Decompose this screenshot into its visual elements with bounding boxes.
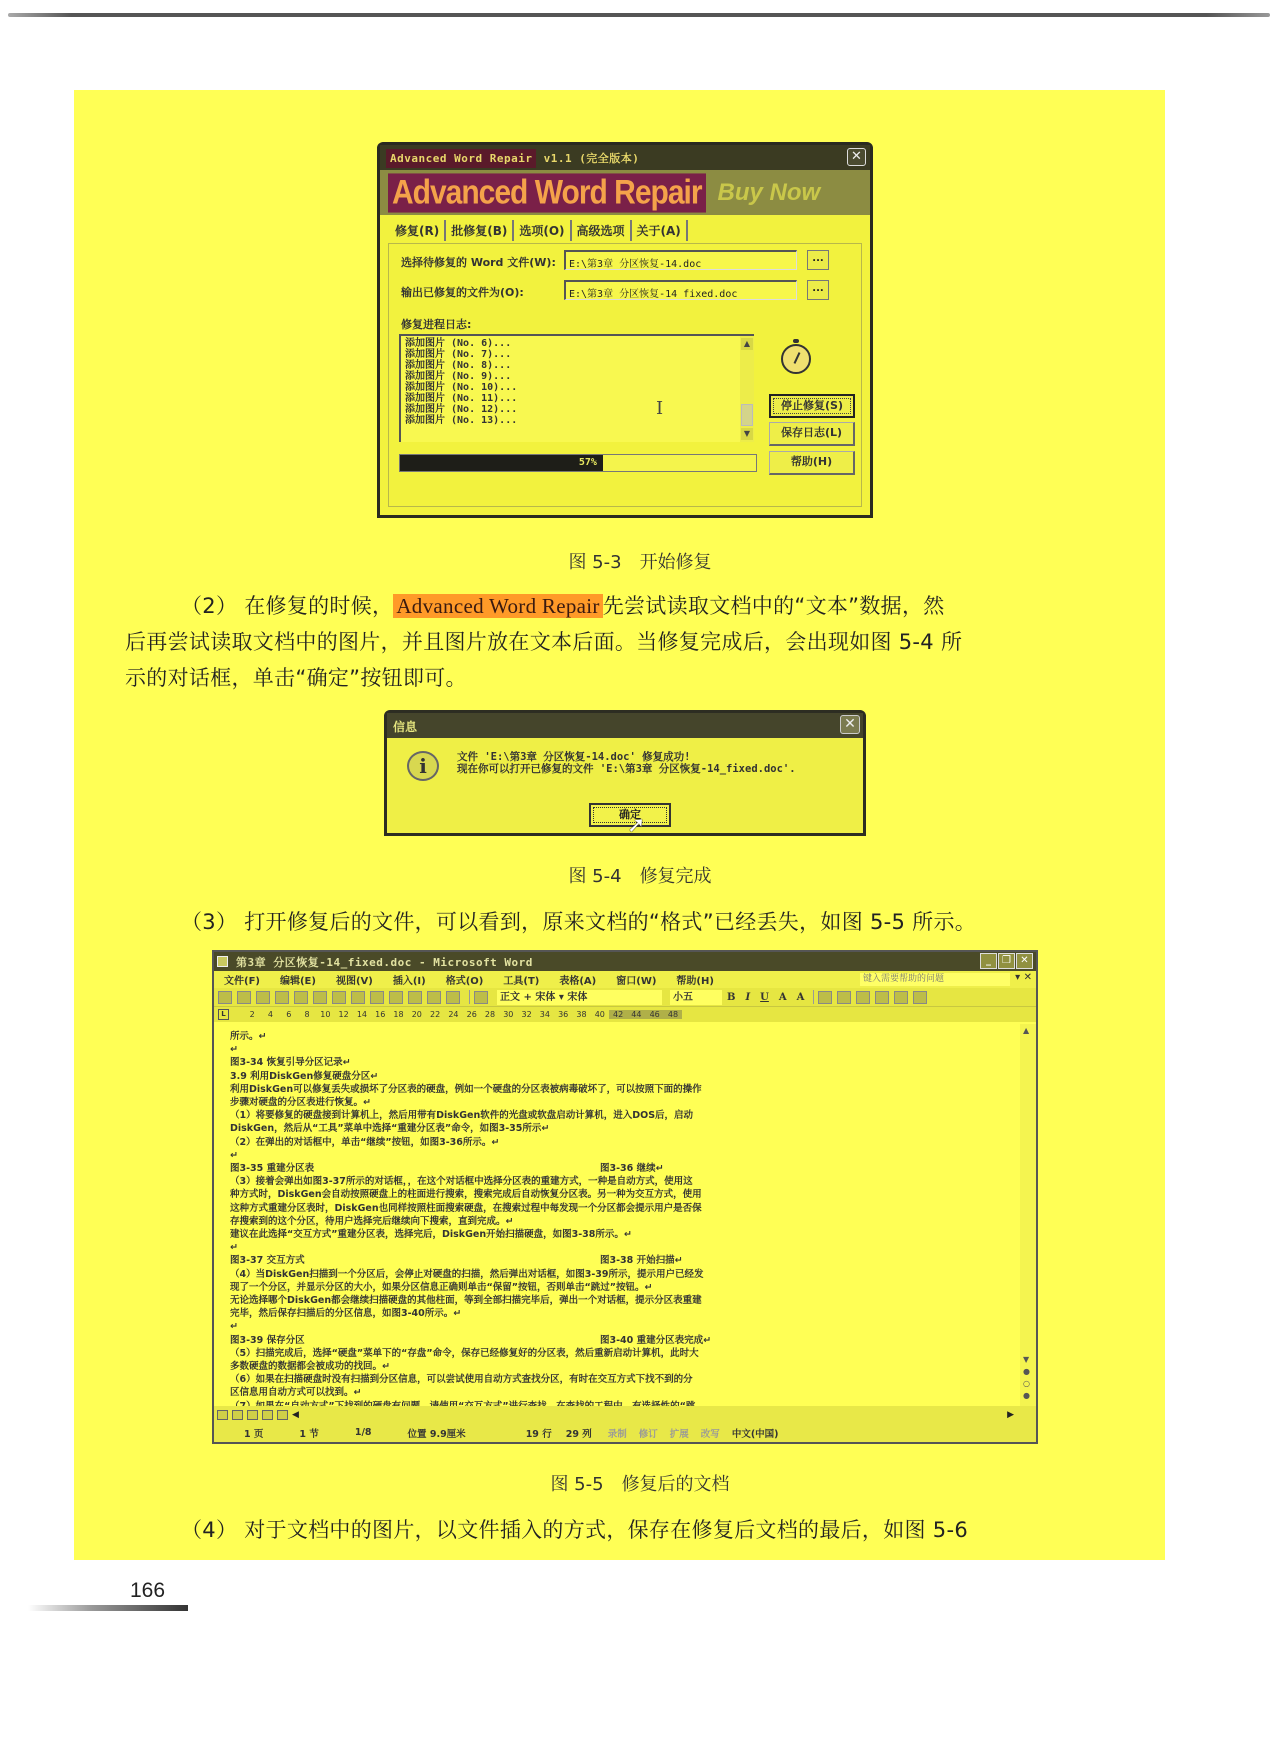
ruler-tick-label: 6: [280, 1010, 298, 1019]
status-page: 1 页: [244, 1426, 263, 1440]
tab-options[interactable]: 选项(O): [514, 220, 571, 241]
char-border-button[interactable]: A: [774, 992, 792, 1003]
ruler-tick-label: 26: [463, 1010, 481, 1019]
toolbar: 正文 + 宋体 ▾ 宋体 小五 B I U A A: [214, 988, 1036, 1007]
status-bar: 1 页 1 节 1/8 位置 9.9厘米 19 行 29 列 录制 修订 扩展 …: [214, 1423, 1036, 1442]
highlight-icon[interactable]: [894, 991, 908, 1004]
document-line: （1）将要修复的硬盘接到计算机上，然后用带有DiskGen软件的光盘或软盘启动计…: [230, 1109, 1020, 1122]
figure-caption-5-5: 图 5-5修复后的文档: [0, 1470, 1280, 1496]
char-shading-button[interactable]: A: [792, 992, 810, 1003]
page-number: 166: [130, 1579, 165, 1603]
log-label: 修复进程日志:: [401, 316, 471, 332]
ruler-tick-label: 12: [334, 1010, 352, 1019]
tab-bar: 修复(R) 批修复(B) 选项(O) 高级选项 关于(A): [380, 215, 870, 241]
styles-icon[interactable]: [474, 991, 488, 1004]
ruler-tick-label: 38: [572, 1010, 590, 1019]
next-page-icon[interactable]: ●: [1023, 1391, 1030, 1400]
scroll-up-icon[interactable]: ▲: [1023, 1026, 1029, 1035]
menu-item[interactable]: 工具(T): [493, 972, 549, 987]
document-line: （2）在弹出的对话框中，单击“继续”按钮，如图3-36所示。↵: [230, 1136, 1020, 1149]
banner: Advanced Word Repair Buy Now: [380, 170, 870, 215]
info-icon: i: [407, 751, 439, 781]
repair-progress-bar: 57%: [399, 454, 757, 472]
ruler-tick-label: 36: [554, 1010, 572, 1019]
document-line: 图3-34 恢复引导分区记录↵: [230, 1056, 1020, 1069]
paragraph-2: （2） 在修复的时候，Advanced Word Repair先尝试读取文档中的…: [125, 588, 1125, 696]
scroll-thumb[interactable]: [741, 404, 753, 426]
document-line: （3）接着会弹出如图3-37所示的对话框，，在这个对话框中选择分区表的重建方式，…: [230, 1175, 1020, 1188]
status-extend[interactable]: 扩展: [670, 1426, 689, 1440]
window-title: 第3章 分区恢复-14_fixed.doc - Microsoft Word: [232, 954, 533, 970]
font-color-icon[interactable]: [913, 991, 927, 1004]
document-line: 利用DiskGen可以修复丢失或损坏了分区表的硬盘，例如一个硬盘的分区表被病毒破…: [230, 1083, 1020, 1096]
close-button[interactable]: ✕: [1016, 953, 1033, 969]
ruler-tick-label: 20: [408, 1010, 426, 1019]
menu-item[interactable]: 视图(V): [326, 972, 383, 987]
scroll-down-icon[interactable]: ▼: [741, 428, 753, 440]
document-line: ↵: [230, 1241, 1020, 1254]
document-line: 种方式时，DiskGen会自动按照硬盘上的柱面进行搜索，搜索完成后自动恢复分区表…: [230, 1188, 1020, 1201]
ruler-tick-label: 10: [316, 1010, 334, 1019]
document-line: 建议在此选择“交互方式”重建分区表，选择完后，DiskGen开始扫描硬盘，如图3…: [230, 1228, 1020, 1241]
advanced-word-repair-window: Advanced Word Repair v1.1 (完全版本) ✕ Advan…: [377, 142, 873, 518]
source-file-input[interactable]: E:\第3章 分区恢复-14.doc: [564, 250, 797, 270]
document-body[interactable]: 所示。↵↵图3-34 恢复引导分区记录↵3.9 利用DiskGen修复硬盘分区↵…: [214, 1024, 1020, 1406]
scroll-up-icon[interactable]: ▲: [741, 338, 753, 350]
title-bar: Advanced Word Repair v1.1 (完全版本) ✕: [380, 145, 870, 170]
document-line: 这种方式重建分区表时，DiskGen也同样按照柱面搜索硬盘，在搜索过程中每发现一…: [230, 1202, 1020, 1215]
info-message: 文件 'E:\第3章 分区恢复-14.doc' 修复成功! 现在你可以打开已修复…: [457, 751, 796, 775]
scroll-right-icon[interactable]: ▶: [1007, 1410, 1014, 1420]
header-rule: [8, 13, 1270, 17]
word-window: 第3章 分区恢复-14_fixed.doc - Microsoft Word _…: [212, 950, 1038, 1444]
document-line: DiskGen，然后从“工具”菜单中选择“重建分区表”命令，如图3-35所示↵: [230, 1122, 1020, 1135]
ruler-tick-label: 46: [646, 1010, 664, 1019]
bullets-icon[interactable]: [856, 991, 870, 1004]
ruler-tick-label: 30: [499, 1010, 517, 1019]
new-document-icon[interactable]: [218, 991, 232, 1004]
window-title: Advanced Word Repair v1.1 (完全版本): [380, 150, 639, 166]
log-line: 添加图片 (No. 7)...: [405, 349, 750, 360]
font-size-select[interactable]: 小五: [670, 990, 722, 1005]
normal-view-icon[interactable]: [217, 1410, 228, 1420]
log-line: 添加图片 (No. 10)...: [405, 382, 750, 393]
tab-batch-repair[interactable]: 批修复(B): [446, 220, 514, 241]
document-line: 现了一个分区，并显示分区的大小，如果分区信息正确则单击“保留”按钮，否则单击“跳…: [230, 1281, 1020, 1294]
help-button[interactable]: 帮助(H): [769, 451, 855, 475]
web-view-icon[interactable]: [232, 1410, 243, 1420]
log-line: 添加图片 (No. 11)...: [405, 393, 750, 404]
status-record[interactable]: 录制: [608, 1426, 627, 1440]
menu-bar: 文件(F)编辑(E)视图(V)插入(I)格式(O)工具(T)表格(A)窗口(W)…: [214, 971, 1036, 988]
tab-advanced-options[interactable]: 高级选项: [572, 220, 632, 241]
underline-button[interactable]: U: [755, 992, 774, 1003]
document-line: ↵: [230, 1149, 1020, 1162]
log-line: 添加图片 (No. 12)...: [405, 404, 750, 415]
vertical-scrollbar[interactable]: ▲ ▼ ● ○ ●: [1020, 1024, 1036, 1406]
paste-icon[interactable]: [408, 991, 422, 1004]
tab-repair[interactable]: 修复(R): [390, 220, 446, 241]
ruler-tick-label: 22: [426, 1010, 444, 1019]
log-scrollbar[interactable]: ▲ ▼: [740, 336, 754, 442]
document-line: 3.9 利用DiskGen修复硬盘分区↵: [230, 1070, 1020, 1083]
outline-view-icon[interactable]: [262, 1410, 273, 1420]
browse-source-button[interactable]: ...: [807, 250, 829, 270]
permission-icon[interactable]: [275, 991, 289, 1004]
menu-item[interactable]: 编辑(E): [270, 972, 326, 987]
title-bar: 信息 ✕: [387, 713, 863, 738]
bold-button[interactable]: B: [722, 992, 740, 1003]
menu-item[interactable]: 窗口(W): [606, 972, 666, 987]
document-line: 存搜索到的这个分区，待用户选择完后继续向下搜索，直到完成。↵: [230, 1215, 1020, 1228]
document-line: 图3-39 保存分区图3-40 重建分区表完成↵: [230, 1334, 1020, 1347]
page-number-rule: [28, 1605, 188, 1611]
status-language: 中文(中国): [732, 1426, 779, 1440]
ruler-tick-label: 18: [389, 1010, 407, 1019]
word-app-icon: [217, 956, 228, 967]
ruler-tick-label: 42: [609, 1010, 627, 1019]
ruler: L 24681012141618202224262830323436384042…: [214, 1007, 1036, 1022]
buy-now-link[interactable]: Buy Now: [718, 179, 821, 207]
menu-item[interactable]: 文件(F): [214, 972, 270, 987]
ruler-tick-label: 8: [298, 1010, 316, 1019]
close-document-icon[interactable]: ▾ ✕: [1015, 972, 1032, 983]
progress-text: 57%: [579, 457, 597, 468]
print-icon[interactable]: [313, 991, 327, 1004]
menu-item[interactable]: 表格(A): [549, 972, 606, 987]
document-line: （5）扫描完成后，选择“硬盘”菜单下的“存盘”命令，保存已经修复好的分区表，然后…: [230, 1347, 1020, 1360]
status-section: 1 节: [299, 1426, 318, 1440]
ruler-tick-label: 34: [536, 1010, 554, 1019]
log-line: 添加图片 (No. 8)...: [405, 360, 750, 371]
minimize-button[interactable]: _: [980, 953, 997, 969]
email-icon[interactable]: [294, 991, 308, 1004]
tab-selector[interactable]: L: [218, 1009, 229, 1020]
document-line: 图3-35 重建分区表图3-36 继续↵: [230, 1162, 1020, 1175]
select-browse-object-icon[interactable]: ○: [1023, 1379, 1030, 1388]
title-bar: 第3章 分区恢复-14_fixed.doc - Microsoft Word _…: [214, 952, 1036, 971]
research-icon[interactable]: [370, 991, 384, 1004]
save-icon[interactable]: [256, 991, 270, 1004]
paragraph-4: （4） 对于文档中的图片，以文件插入的方式，保存在修复后文档的最后，如图 5-6: [125, 1512, 1125, 1548]
scroll-left-icon[interactable]: ◀: [292, 1410, 299, 1420]
close-button[interactable]: ✕: [847, 148, 866, 166]
progress-fill: 57%: [400, 455, 603, 471]
hyperlink-icon[interactable]: [446, 991, 460, 1004]
restore-button[interactable]: ❐: [998, 953, 1015, 969]
status-page-of: 1/8: [355, 1427, 372, 1438]
save-log-button[interactable]: 保存日志(L): [769, 422, 855, 446]
menu-item[interactable]: 帮助(H): [666, 972, 724, 987]
document-line: ↵: [230, 1320, 1020, 1333]
scroll-down-icon[interactable]: ▼: [1023, 1355, 1029, 1364]
stopwatch-icon: [781, 344, 811, 374]
dialog-body: 修复(R) 批修复(B) 选项(O) 高级选项 关于(A) 选择待修复的 Wor…: [380, 215, 870, 515]
stop-repair-button[interactable]: 停止修复(S): [769, 394, 855, 418]
ruler-tick-label: 24: [444, 1010, 462, 1019]
ruler-tick-label: 14: [353, 1010, 371, 1019]
text-cursor-icon: I: [656, 398, 663, 419]
document-line: 完毕，然后保存扫描后的分区信息，如图3-40所示。↵: [230, 1307, 1020, 1320]
menu-item[interactable]: 格式(O): [436, 972, 494, 987]
document-line: 所示。↵: [230, 1030, 1020, 1043]
document-line: 区信息用自动方式可以找到。↵: [230, 1386, 1020, 1399]
document-line: 多数硬盘的数据都会被成功的找回。↵: [230, 1360, 1020, 1373]
document-line: ↵: [230, 1043, 1020, 1056]
mouse-pointer-icon: ➚: [627, 813, 645, 838]
undo-icon[interactable]: [427, 991, 441, 1004]
align-icon[interactable]: [818, 991, 832, 1004]
ruler-tick-label: 4: [261, 1010, 279, 1019]
status-line: 19 行: [526, 1426, 552, 1440]
status-track-changes[interactable]: 修订: [639, 1426, 658, 1440]
print-preview-icon[interactable]: [332, 991, 346, 1004]
tab-about[interactable]: 关于(A): [632, 220, 688, 241]
browse-output-button[interactable]: ...: [807, 280, 829, 300]
status-overtype[interactable]: 改写: [701, 1426, 720, 1440]
ruler-tick-label: 16: [371, 1010, 389, 1019]
close-button[interactable]: ✕: [840, 715, 860, 734]
output-file-input[interactable]: E:\第3章 分区恢复-14_fixed.doc: [564, 280, 797, 300]
document-line: （6）如果在扫描硬盘时没有扫描到分区信息，可以尝试使用自动方式查找分区，有时在交…: [230, 1373, 1020, 1386]
paragraph-3: （3） 打开修复后的文件，可以看到，原来文档的“格式”已经丢失，如图 5-5 所…: [125, 904, 1125, 940]
info-dialog: 信息 ✕ i 文件 'E:\第3章 分区恢复-14.doc' 修复成功! 现在你…: [384, 710, 866, 836]
reading-view-icon[interactable]: [277, 1410, 288, 1420]
numbering-icon[interactable]: [837, 991, 851, 1004]
help-search-input[interactable]: 键入需要帮助的问题: [860, 973, 1010, 986]
output-file-label: 输出已修复的文件为(O):: [401, 284, 524, 300]
open-icon[interactable]: [237, 991, 251, 1004]
cut-icon[interactable]: [389, 991, 403, 1004]
ruler-tick-label: 44: [627, 1010, 645, 1019]
figure-caption-5-4: 图 5-4修复完成: [0, 862, 1280, 888]
style-select[interactable]: 正文 + 宋体 ▾ 宋体: [497, 990, 662, 1005]
window-title: 信息: [387, 713, 863, 735]
print-view-icon[interactable]: [247, 1410, 258, 1420]
italic-button[interactable]: I: [740, 992, 755, 1003]
log-lines: 添加图片 (No. 6)...添加图片 (No. 7)...添加图片 (No. …: [405, 338, 750, 426]
source-file-label: 选择待修复的 Word 文件(W):: [401, 254, 556, 270]
indent-icon[interactable]: [875, 991, 889, 1004]
status-column: 29 列: [566, 1426, 592, 1440]
ruler-tick-label: 28: [481, 1010, 499, 1019]
horizontal-scrollbar[interactable]: ◀ ▶: [214, 1406, 1036, 1423]
ruler-tick-label: 48: [664, 1010, 682, 1019]
menu-item[interactable]: 插入(I): [383, 972, 436, 987]
log-line: 添加图片 (No. 9)...: [405, 371, 750, 382]
ruler-tick-label: 40: [591, 1010, 609, 1019]
document-line: （4）当DiskGen扫描到一个分区后，会停止对硬盘的扫描，然后弹出对话框，如图…: [230, 1268, 1020, 1281]
app-logo: Advanced Word Repair: [388, 173, 706, 212]
ruler-tick-label: 32: [517, 1010, 535, 1019]
spelling-icon[interactable]: [351, 991, 365, 1004]
previous-page-icon[interactable]: ●: [1023, 1367, 1030, 1376]
highlighted-app-name: Advanced Word Repair: [393, 594, 602, 618]
document-line: 无论选择哪个DiskGen都会继续扫描硬盘的其他柱面，等到全部扫描完毕后，弹出一…: [230, 1294, 1020, 1307]
figure-caption-5-3: 图 5-3开始修复: [0, 548, 1280, 574]
status-position: 位置 9.9厘米: [408, 1426, 466, 1440]
repair-panel: 选择待修复的 Word 文件(W): E:\第3章 分区恢复-14.doc ..…: [388, 243, 862, 507]
ruler-tick-label: 2: [243, 1010, 261, 1019]
document-line: 图3-37 交互方式图3-38 开始扫描↵: [230, 1254, 1020, 1267]
document-line: 步骤对硬盘的分区表进行恢复。↵: [230, 1096, 1020, 1109]
log-line: 添加图片 (No. 6)...: [405, 338, 750, 349]
log-line: 添加图片 (No. 13)...: [405, 415, 750, 426]
repair-log[interactable]: 添加图片 (No. 6)...添加图片 (No. 7)...添加图片 (No. …: [399, 334, 754, 442]
